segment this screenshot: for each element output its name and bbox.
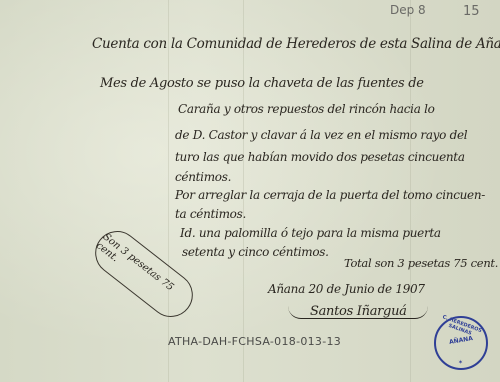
place-date-line: Añana 20 de Junio de 1907	[268, 282, 425, 296]
signature-flourish	[288, 306, 428, 319]
scanned-document-page: Dep 8 15 Cuenta con la Comunidad de Here…	[0, 0, 500, 382]
document-text-line: ta céntimos.	[175, 207, 246, 221]
document-text-line: Por arreglar la cerraja de la puerta del…	[175, 188, 485, 202]
document-text-line: turo las que habían movido dos pesetas c…	[175, 150, 465, 164]
pencil-mark-dep: Dep 8	[390, 3, 426, 17]
stamp-center-text: AÑANA	[436, 333, 486, 349]
document-text-line: de D. Castor y clavar á la vez en el mis…	[175, 128, 467, 142]
document-heading-line: Cuenta con la Comunidad de Herederos de …	[92, 36, 500, 52]
paper-fold-line	[168, 0, 169, 382]
document-text-line: Caraña y otros repuestos del rincón haci…	[178, 102, 435, 116]
document-text-line: setenta y cinco céntimos.	[182, 245, 329, 259]
total-line: Total son 3 pesetas 75 cent.	[344, 256, 498, 270]
folio-number: 15	[463, 4, 480, 19]
document-text-line: Mes de Agosto se puso la chaveta de las …	[100, 76, 424, 91]
archive-reference-code: ATHA-DAH-FCHSA-018-013-13	[168, 335, 341, 348]
margin-note-text: Son 3 pesetas 75 cent.	[94, 231, 194, 316]
archive-stamp: C. HEREDEROS SALINAS AÑANA ✶	[434, 316, 488, 370]
document-text-line: céntimos.	[175, 170, 231, 184]
document-text-line: Id. una palomilla ó tejo para la misma p…	[180, 226, 441, 240]
stamp-star-icon: ✶	[458, 359, 463, 366]
